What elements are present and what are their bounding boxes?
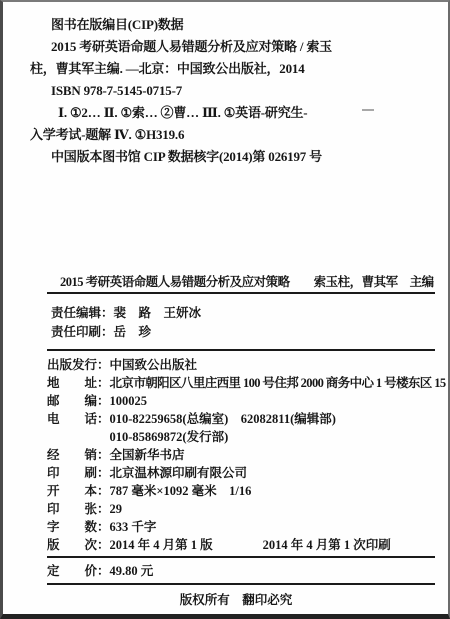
staff-label: 责任编辑： <box>51 304 114 323</box>
info-row-address: 地 址： 北京市朝阳区八里庄西里 100 号住邦 2000 商务中心 1 号楼东… <box>47 374 442 392</box>
info-value: 北京市朝阳区八里庄西里 100 号住邦 2000 商务中心 1 号楼东区 15 … <box>110 374 450 392</box>
info-row-edition: 版 次： 2014 年 4 月第 1 版 2014 年 4 月第 1 次印刷 <box>47 536 442 554</box>
staff-label: 责任印刷： <box>51 323 114 342</box>
cip-heading: 图书在版编目(CIP)数据 <box>51 14 442 36</box>
info-row-phone: 电 话： 010-82259658(总编室) 62082811(编辑部) 010… <box>47 410 442 446</box>
info-value: 29 <box>110 500 123 518</box>
info-value: 北京温林源印刷有限公司 <box>110 464 248 482</box>
info-label: 开 本： <box>47 482 110 500</box>
book-title-line: 2015 考研英语命题人易错题分析及应对策略 索玉柱，曹其军 主编 <box>60 272 442 292</box>
info-row-postcode: 邮 编： 100025 <box>47 392 442 410</box>
copyright-notice: 版权所有 翻印必究 <box>30 591 442 609</box>
price-label: 定 价： <box>47 561 110 581</box>
info-label: 电 话： <box>47 410 110 446</box>
cip-block: 图书在版编目(CIP)数据 2015 考研英语命题人易错题分析及应对策略 / 索… <box>30 14 442 168</box>
price-row: 定 价： 49.80 元 <box>47 558 442 583</box>
divider-rule-staff <box>47 349 435 351</box>
info-value: 2014 年 4 月第 1 版 2014 年 4 月第 1 次印刷 <box>110 536 391 554</box>
staff-row-editor: 责任编辑： 裴 路 王妍冰 <box>51 304 442 323</box>
info-label: 印 张： <box>47 500 110 518</box>
info-value-line2: 010-85869872(发行部) <box>110 428 336 446</box>
copyright-page: 图书在版编目(CIP)数据 2015 考研英语命题人易错题分析及应对策略 / 索… <box>0 0 450 619</box>
info-label: 印 刷： <box>47 464 110 482</box>
info-label: 字 数： <box>47 518 110 536</box>
cip-line-classification: Ⅰ. ①2… Ⅱ. ①索… ②曹… Ⅲ. ①英语-研究生- <box>58 102 442 124</box>
info-row-distribution: 经 销： 全国新华书店 <box>47 446 442 464</box>
info-label: 经 销： <box>47 446 110 464</box>
info-row-sheets: 印 张： 29 <box>47 500 442 518</box>
info-value: 010-82259658(总编室) 62082811(编辑部) <box>110 410 336 428</box>
cip-line-registry: 中国版本图书馆 CIP 数据核字(2014)第 026197 号 <box>51 146 442 168</box>
info-value: 100025 <box>110 392 148 410</box>
staff-row-printing: 责任印刷： 岳 珍 <box>51 323 442 342</box>
divider-rule-top <box>47 292 435 294</box>
publishing-info-block: 出版发行： 中国致公出版社 地 址： 北京市朝阳区八里庄西里 100 号住邦 2… <box>47 356 442 554</box>
info-value: 中国致公出版社 <box>110 356 198 374</box>
info-row-printer: 印 刷： 北京温林源印刷有限公司 <box>47 464 442 482</box>
cip-line-classification-cont: 入学考试-题解 Ⅳ. ①H319.6 <box>30 124 442 146</box>
scan-artifact-dash <box>362 109 374 111</box>
info-value: 787 毫米×1092 毫米 1/16 <box>110 482 252 500</box>
info-label: 地 址： <box>47 374 110 392</box>
info-row-wordcount: 字 数： 633 千字 <box>47 518 442 536</box>
info-label: 邮 编： <box>47 392 110 410</box>
cip-line-isbn: ISBN 978-7-5145-0715-7 <box>51 80 442 102</box>
staff-value: 岳 珍 <box>114 323 152 342</box>
cip-line-title: 2015 考研英语命题人易错题分析及应对策略 / 索玉 <box>51 36 442 58</box>
info-row-format: 开 本： 787 毫米×1092 毫米 1/16 <box>47 482 442 500</box>
info-value: 全国新华书店 <box>110 446 185 464</box>
info-row-publisher: 出版发行： 中国致公出版社 <box>47 356 442 374</box>
info-value-group: 010-82259658(总编室) 62082811(编辑部) 010-8586… <box>110 410 336 446</box>
divider-rule-price-bottom <box>47 583 435 585</box>
price-value: 49.80 元 <box>110 561 154 581</box>
staff-block: 责任编辑： 裴 路 王妍冰 责任印刷： 岳 珍 <box>51 304 442 342</box>
cip-line-publisher: 柱，曹其军主编. —北京：中国致公出版社，2014 <box>30 58 442 80</box>
info-value: 633 千字 <box>110 518 157 536</box>
staff-value: 裴 路 王妍冰 <box>114 304 202 323</box>
info-label: 出版发行： <box>47 356 110 374</box>
info-label: 版 次： <box>47 536 110 554</box>
